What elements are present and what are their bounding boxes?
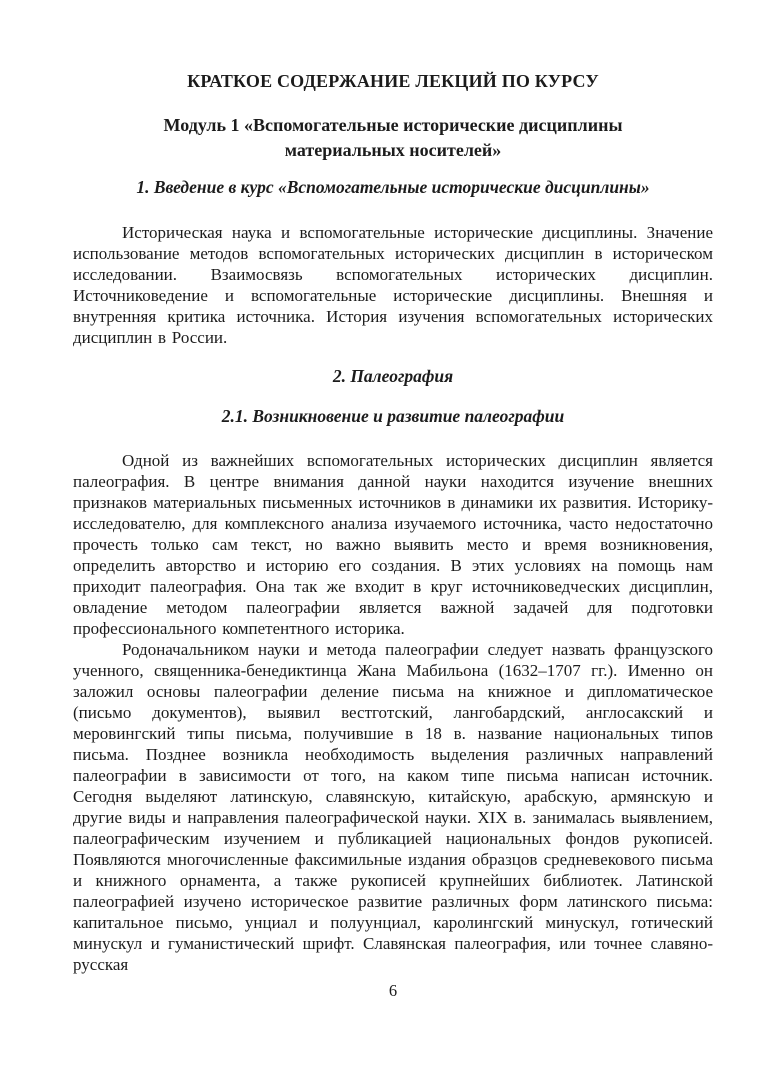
page-number: 6: [73, 980, 713, 1001]
paragraph-introduction: Историческая наука и вспомогательные ист…: [73, 222, 713, 348]
section-2-heading: 2. Палеография: [73, 366, 713, 387]
paragraph-paleography-1: Одной из важнейших вспомогательных истор…: [73, 450, 713, 639]
section-2-1-heading: 2.1. Возникновение и развитие палеографи…: [73, 406, 713, 427]
section-1-heading: 1. Введение в курс «Вспомогательные исто…: [73, 177, 713, 198]
page-title: КРАТКОЕ СОДЕРЖАНИЕ ЛЕКЦИЙ ПО КУРСУ: [73, 71, 713, 92]
document-page: КРАТКОЕ СОДЕРЖАНИЕ ЛЕКЦИЙ ПО КУРСУ Модул…: [0, 0, 764, 1080]
module-heading: Модуль 1 «Вспомогательные исторические д…: [123, 113, 663, 163]
paragraph-paleography-2: Родоначальником науки и метода палеограф…: [73, 639, 713, 975]
